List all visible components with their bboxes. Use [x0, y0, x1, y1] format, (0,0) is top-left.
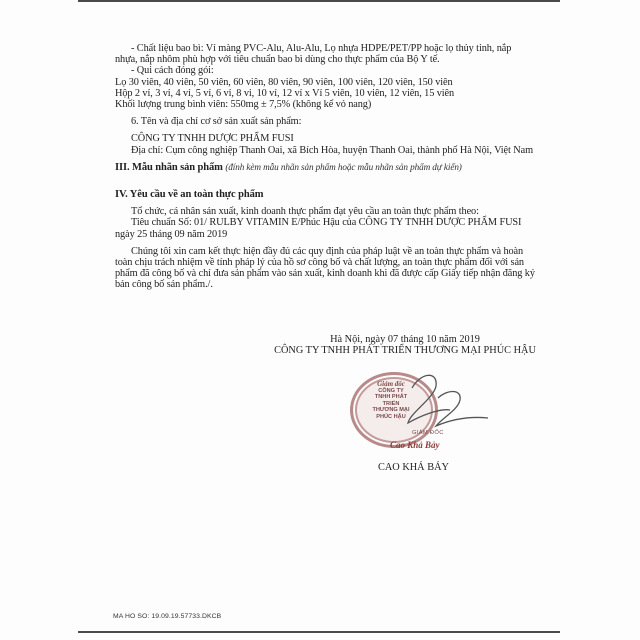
seal-role: GIÁM ĐỐC [412, 430, 444, 436]
average-weight: Khối lượng trung bình viên: 550mg ± 7,5%… [115, 99, 535, 110]
handwritten-signature-icon [390, 368, 490, 438]
section-6-title: 6. Tên và địa chỉ cơ sở sản xuất sản phẩ… [115, 116, 535, 127]
bottom-border-rule [78, 631, 560, 633]
signer-name: CAO KHẢ BẢY [378, 462, 449, 473]
section-3-heading: III. Mẫu nhãn sản phẩm (đính kèm mẫu nhã… [115, 162, 535, 173]
top-border-rule [78, 0, 560, 2]
section-4-title: IV. Yêu cầu về an toàn thực phẩm [115, 189, 535, 200]
document-body: - Chất liệu bao bì: Vỉ màng PVC-Alu, Alu… [115, 43, 535, 291]
packaging-spec-label: - Qui cách đóng gói: [115, 65, 535, 76]
seal-name: Cao Khả Bảy [390, 440, 440, 450]
manufacturer-name: CÔNG TY TNHH DƯỢC PHẨM FUSI [115, 133, 535, 144]
section-3-title: III. Mẫu nhãn sản phẩm [115, 162, 223, 173]
commitment-paragraph: Chúng tôi xin cam kết thực hiện đầy đủ c… [115, 246, 535, 291]
packaging-jar: Lọ 30 viên, 40 viên, 50 viên, 60 viên, 8… [115, 77, 535, 88]
stamp-and-signature: Giám đốc CÔNG TY TNHH PHÁT TRIỂN THƯƠNG … [350, 372, 490, 460]
place-date: Hà Nội, ngày 07 tháng 10 năm 2019 [270, 334, 540, 345]
signing-company: CÔNG TY TNHH PHÁT TRIỂN THƯƠNG MẠI PHÚC … [270, 345, 540, 356]
section-4-intro: Tổ chức, cá nhân sản xuất, kinh doanh th… [115, 206, 535, 217]
packaging-box: Hộp 2 vỉ, 3 vỉ, 4 vỉ, 5 vỉ, 6 vỉ, 8 vỉ, … [115, 88, 535, 99]
file-code: MA HO SO: 19.09.19.57733.DKCB [113, 613, 221, 620]
manufacturer-address: Địa chỉ: Cụm công nghiệp Thanh Oai, xã B… [115, 145, 535, 156]
section-3-note: (đính kèm mẫu nhãn sản phẩm hoặc mẫu nhã… [225, 162, 461, 172]
packaging-material: - Chất liệu bao bì: Vỉ màng PVC-Alu, Alu… [115, 43, 535, 65]
food-safety-standard: Tiêu chuẩn Số: 01/ RULBY VITAMIN E/Phúc … [115, 217, 535, 239]
